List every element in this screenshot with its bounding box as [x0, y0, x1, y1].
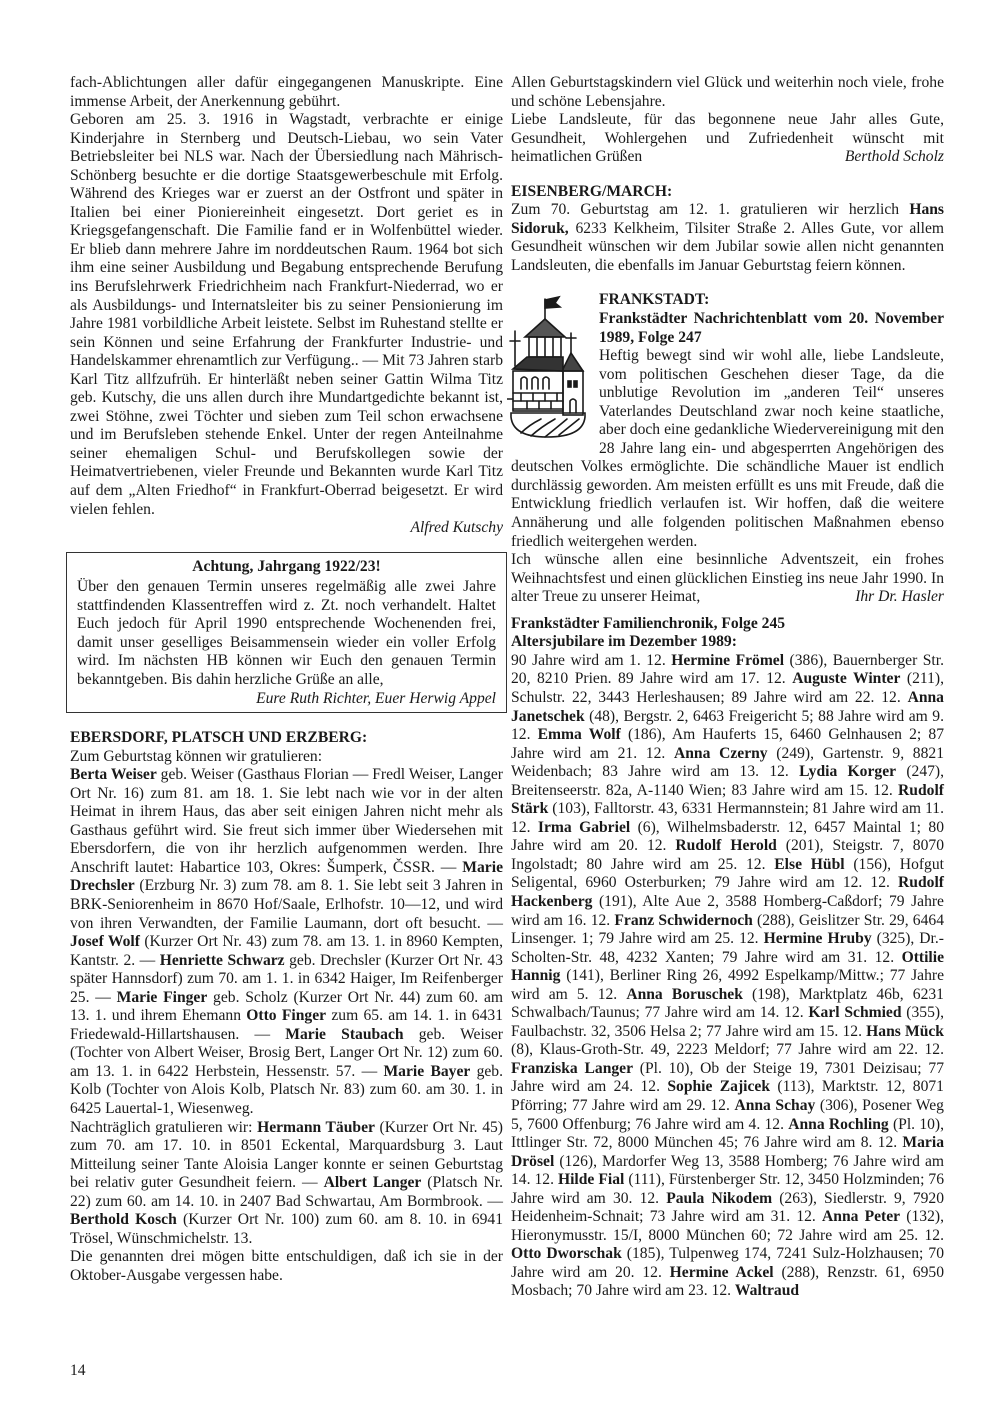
- jubilee-entry-address: (6), Wilhelmsbaderstr. 12, 6457 Maintal …: [630, 819, 928, 836]
- greeting-scholz: Allen Geburtstagskindern viel Glück und …: [511, 74, 944, 167]
- castle-crest-icon: [507, 291, 591, 441]
- right-column: Allen Geburtstagskindern viel Glück und …: [511, 74, 944, 1301]
- person-name: Franz Schwidernoch: [614, 912, 752, 929]
- person-name: Franziska Langer: [511, 1060, 633, 1077]
- greeting-signature: Berthold Scholz: [845, 148, 944, 167]
- jubilee-entry-address: (191), Alte Aue 2, 3588 Homberg-Caßdorf;: [592, 893, 889, 910]
- person-name: Otto Dworschak: [511, 1245, 622, 1262]
- apology-text: Die genannten drei mögen bitte entschuld…: [70, 1248, 503, 1285]
- jubilee-entry-date: 83 Jahre wird am 13. 12.: [602, 763, 799, 780]
- section-eisenberg: EISENBERG/MARCH: Zum 70. Geburtstag am 1…: [511, 183, 944, 276]
- person-name: Berta Weiser: [70, 766, 157, 783]
- person-name: Anna Boruschek: [626, 986, 743, 1003]
- jubilee-entry-date: 77 Jahre wird am 15. 12.: [706, 1023, 866, 1040]
- person-name: Anna Schay: [734, 1097, 815, 1114]
- jubilee-entry-date: 90 Jahre wird am 1. 12.: [511, 652, 671, 669]
- person-name: Sophie Zajicek: [667, 1078, 770, 1095]
- section-ebersdorf: EBERSDORF, PLATSCH UND ERZBERG: Zum Gebu…: [70, 729, 503, 1285]
- jubilee-entry-date: 77 Jahre wird am 22. 12.: [776, 1041, 944, 1058]
- person-name: Auguste Winter: [792, 670, 900, 687]
- left-column: fach-Ablichtungen aller dafür eingegange…: [70, 74, 503, 1285]
- person-name: Paula Nikodem: [666, 1190, 772, 1207]
- jubilee-entry-address: (126), Mardorfer Weg 13, 3588 Homberg;: [554, 1153, 832, 1170]
- jubilee-entry-date: 89 Jahre wird am 17. 12.: [618, 670, 792, 687]
- jubilee-entry-date: 79 Jahre wird am 31. 12.: [722, 949, 902, 966]
- person-name: Anna Rochling: [788, 1116, 888, 1133]
- notice-body: Über den genauen Termin unseres regelmäß…: [77, 578, 496, 708]
- person-name: Else Hübl: [774, 856, 844, 873]
- person-name: Karl Schmied: [808, 1004, 901, 1021]
- jubilee-entry-address: (111), Fürstenberger Str. 12, 3450 Holzm…: [624, 1171, 928, 1188]
- jubilee-entry-date: 79 Jahre wird am 25. 12.: [599, 930, 764, 947]
- section-family-chronicle: Frankstädter Familienchronik, Folge 245 …: [511, 615, 944, 1301]
- person-name: Otto Finger: [246, 1007, 326, 1024]
- obituary-paragraph: Geboren am 25. 3. 1916 in Wagstadt, verb…: [70, 111, 503, 519]
- person-name: Irma Gabriel: [538, 819, 630, 836]
- frankstadt-signature: Ihr Dr. Hasler: [855, 588, 944, 607]
- obituary-karl-titz: fach-Ablichtungen aller dafür eingegange…: [70, 74, 503, 538]
- jubilee-entry-date: 72 Jahre wird am 25. 12.: [777, 1227, 944, 1244]
- jubilee-entry-address: (103), Falltorstr. 43, 6331 Hermannstein…: [548, 800, 813, 817]
- section-intro: Zum Geburtstag können wir gratulieren:: [70, 748, 503, 767]
- jubilee-entry-date: 73 Jahre wird am 31. 12.: [650, 1208, 822, 1225]
- jubilee-entry-address: (141), Berliner Ring 26, 4992 Espelkamp/…: [560, 967, 889, 984]
- jubilee-list: 90 Jahre wird am 1. 12. Hermine Frömel (…: [511, 652, 944, 1301]
- jubilee-entry-date: 77 Jahre wird am 14. 12.: [645, 1004, 809, 1021]
- obituary-signature: Alfred Kutschy: [70, 519, 503, 538]
- person-name: Anna Peter: [822, 1208, 900, 1225]
- jubilee-entry-date: 83 Jahre wird am 15. 12.: [731, 782, 898, 799]
- person-name: Lydia Korger: [799, 763, 896, 780]
- person-name: Hermine Hruby: [764, 930, 872, 947]
- page-number: 14: [70, 1362, 86, 1380]
- obituary-paragraph: fach-Ablichtungen aller dafür eingegange…: [70, 74, 503, 111]
- greeting-paragraph: Liebe Landsleute, für das begonnene neue…: [511, 111, 944, 167]
- jubilee-entry-date: 79 Jahre wird am 12. 12.: [714, 874, 898, 891]
- section-closing: Ich wünsche allen eine besinnliche Adven…: [511, 551, 944, 607]
- person-name: Marie Finger: [117, 989, 208, 1006]
- person-name: Albert Langer: [324, 1174, 422, 1191]
- section-heading: EISENBERG/MARCH:: [511, 183, 944, 202]
- person-name: Hilde Fial: [558, 1171, 624, 1188]
- person-name: Hermine Ackel: [670, 1264, 774, 1281]
- chronicle-heading: Frankstädter Familienchronik, Folge 245: [511, 615, 944, 634]
- jubilee-entry-address: (8), Klaus-Groth-Str. 49, 2223 Meldorf;: [511, 1041, 776, 1058]
- person-name: Berthold Kosch: [70, 1211, 177, 1228]
- jubilee-entry-address: (186), Am Hauferts 15, 6460 Gelnhausen 2…: [621, 726, 929, 743]
- person-name: Emma Wolf: [538, 726, 621, 743]
- greeting-paragraph: Allen Geburtstagskindern viel Glück und …: [511, 74, 944, 111]
- section-heading: EBERSDORF, PLATSCH UND ERZBERG:: [70, 729, 503, 748]
- jubilee-entry-date: 77 Jahre wird am 29. 12.: [572, 1097, 735, 1114]
- jubilee-entry-date: 70 Jahre wird am 23. 12.: [576, 1282, 735, 1299]
- person-name: Waltraud: [735, 1282, 799, 1299]
- notice-signature: Eure Ruth Richter, Euer Herwig Appel: [256, 690, 496, 709]
- person-name: Josef Wolf: [70, 933, 140, 950]
- person-name: Hermine Frömel: [671, 652, 784, 669]
- belated-birthday-list: Nachträglich gratulieren wir: Hermann Tä…: [70, 1119, 503, 1249]
- notice-title: Achtung, Jahrgang 1922/23!: [77, 558, 496, 577]
- person-name: Hermann Täuber: [257, 1119, 375, 1136]
- section-frankstadt: FRANKSTADT: Frankstädter Nachrichtenblat…: [511, 291, 944, 606]
- person-name: Anna Czerny: [674, 745, 768, 762]
- notice-box: Achtung, Jahrgang 1922/23! Über den gena…: [66, 552, 507, 713]
- person-name: Hans Mück: [866, 1023, 944, 1040]
- chronicle-subheading: Altersjubilare im Dezember 1989:: [511, 633, 944, 652]
- jubilee-entry-date: 76 Jahre wird am 8. 12.: [744, 1134, 903, 1151]
- birthday-list: Berta Weiser geb. Weiser (Gasthaus Flori…: [70, 766, 503, 1118]
- person-name: Rudolf Herold: [675, 837, 776, 854]
- jubilee-entry-address: (Pl. 10), Ob der Steige 19, 7301 Deizisa…: [633, 1060, 928, 1077]
- section-body: Zum 70. Geburtstag am 12. 1. gratulieren…: [511, 201, 944, 275]
- jubilee-entry-date: 80 Jahre wird am 25. 12.: [586, 856, 774, 873]
- person-name: Henriette Schwarz: [160, 952, 285, 969]
- jubilee-entry-address: (48), Bergstr. 2, 6463 Freigericht 5;: [585, 708, 819, 725]
- jubilee-entry-address: (185), Tulpenweg 174, 7241 Sulz-Holzhaus…: [622, 1245, 929, 1262]
- person-name: Marie Staubach: [285, 1026, 403, 1043]
- jubilee-entry-date: 89 Jahre wird am 22. 12.: [731, 689, 907, 706]
- person-name: Marie Bayer: [383, 1063, 470, 1080]
- jubilee-entry-date: 76 Jahre wird am 4. 12.: [635, 1116, 788, 1133]
